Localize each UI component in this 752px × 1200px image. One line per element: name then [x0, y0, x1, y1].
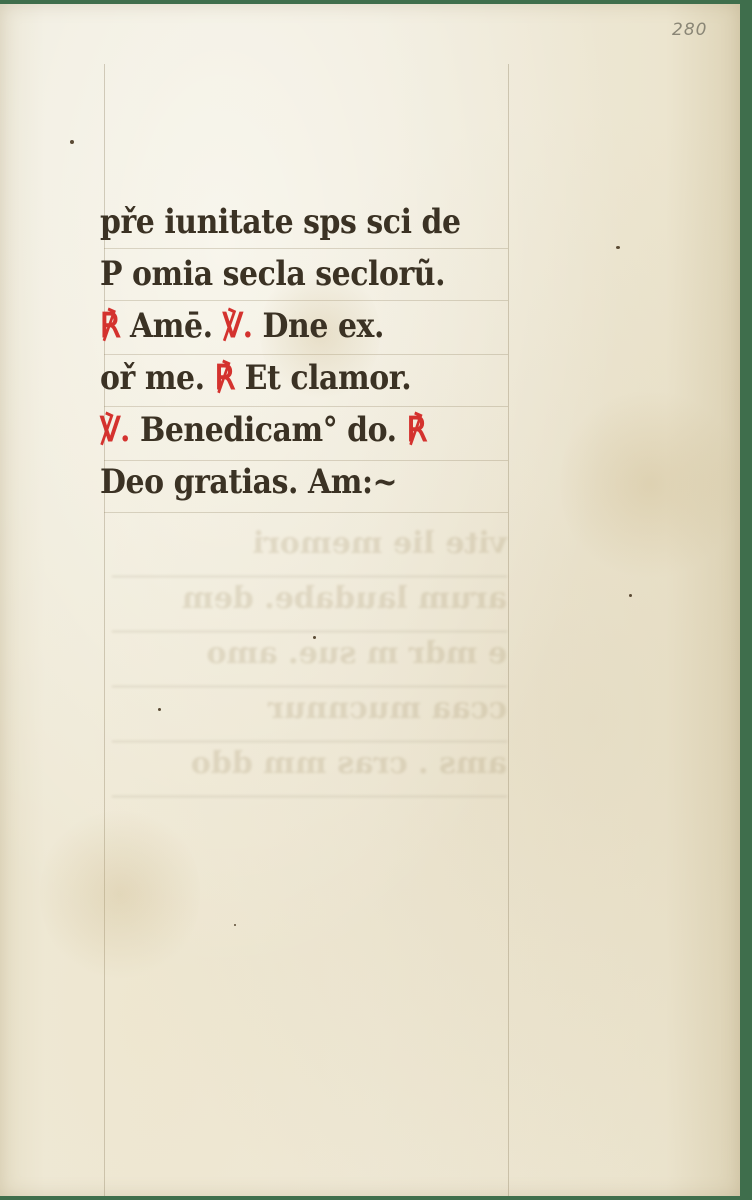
text-segment: Deo gratias. Am:~: [100, 462, 397, 502]
response-rubric: ℟: [100, 306, 130, 346]
show-through-line: arum laudabe. dem: [112, 577, 507, 632]
text-line: P omia secla seclorũ.: [100, 248, 487, 300]
text-segment: Benedicam° do.: [140, 410, 407, 450]
text-segment: P omia secla seclorũ.: [100, 254, 445, 294]
stain: [560, 384, 740, 584]
text-segment: Dne ex.: [263, 306, 384, 346]
stain: [40, 804, 200, 984]
text-segment: oř me.: [100, 358, 215, 398]
ink-speck: [70, 140, 74, 144]
response-rubric: ℟: [215, 358, 245, 398]
text-block: pře iunitate sps sci de P omia secla sec…: [100, 196, 540, 508]
text-line: ℟ Amē. ℣. Dne ex.: [100, 300, 487, 352]
text-line: oř me. ℟ Et clamor.: [100, 352, 487, 404]
ink-speck: [234, 924, 236, 926]
manuscript-folio: 280 vite lie memori arum laudabe. dem e …: [0, 4, 740, 1196]
text-line: pře iunitate sps sci de: [100, 196, 487, 248]
ruling-line: [104, 512, 508, 513]
show-through-line: ccaa mucnnur: [112, 687, 507, 742]
text-segment: Et clamor.: [245, 358, 412, 398]
versicle-rubric: ℣.: [223, 306, 263, 346]
ink-speck: [616, 246, 620, 249]
show-through-text: vite lie memori arum laudabe. dem e mdr …: [112, 522, 507, 797]
show-through-line: e mdr m sue. amo: [112, 632, 507, 687]
text-line: Deo gratias. Am:~: [100, 456, 487, 508]
folio-number: 280: [672, 20, 707, 40]
text-line: ℣. Benedicam° do. ℟: [100, 404, 487, 456]
text-segment: Amē.: [130, 306, 223, 346]
versicle-rubric: ℣.: [100, 410, 140, 450]
show-through-line: ams . cras mm ddo: [112, 742, 507, 797]
text-segment: pře iunitate sps sci de: [100, 202, 461, 242]
ink-speck: [629, 594, 632, 597]
response-rubric: ℟: [407, 410, 427, 450]
show-through-line: vite lie memori: [112, 522, 507, 577]
